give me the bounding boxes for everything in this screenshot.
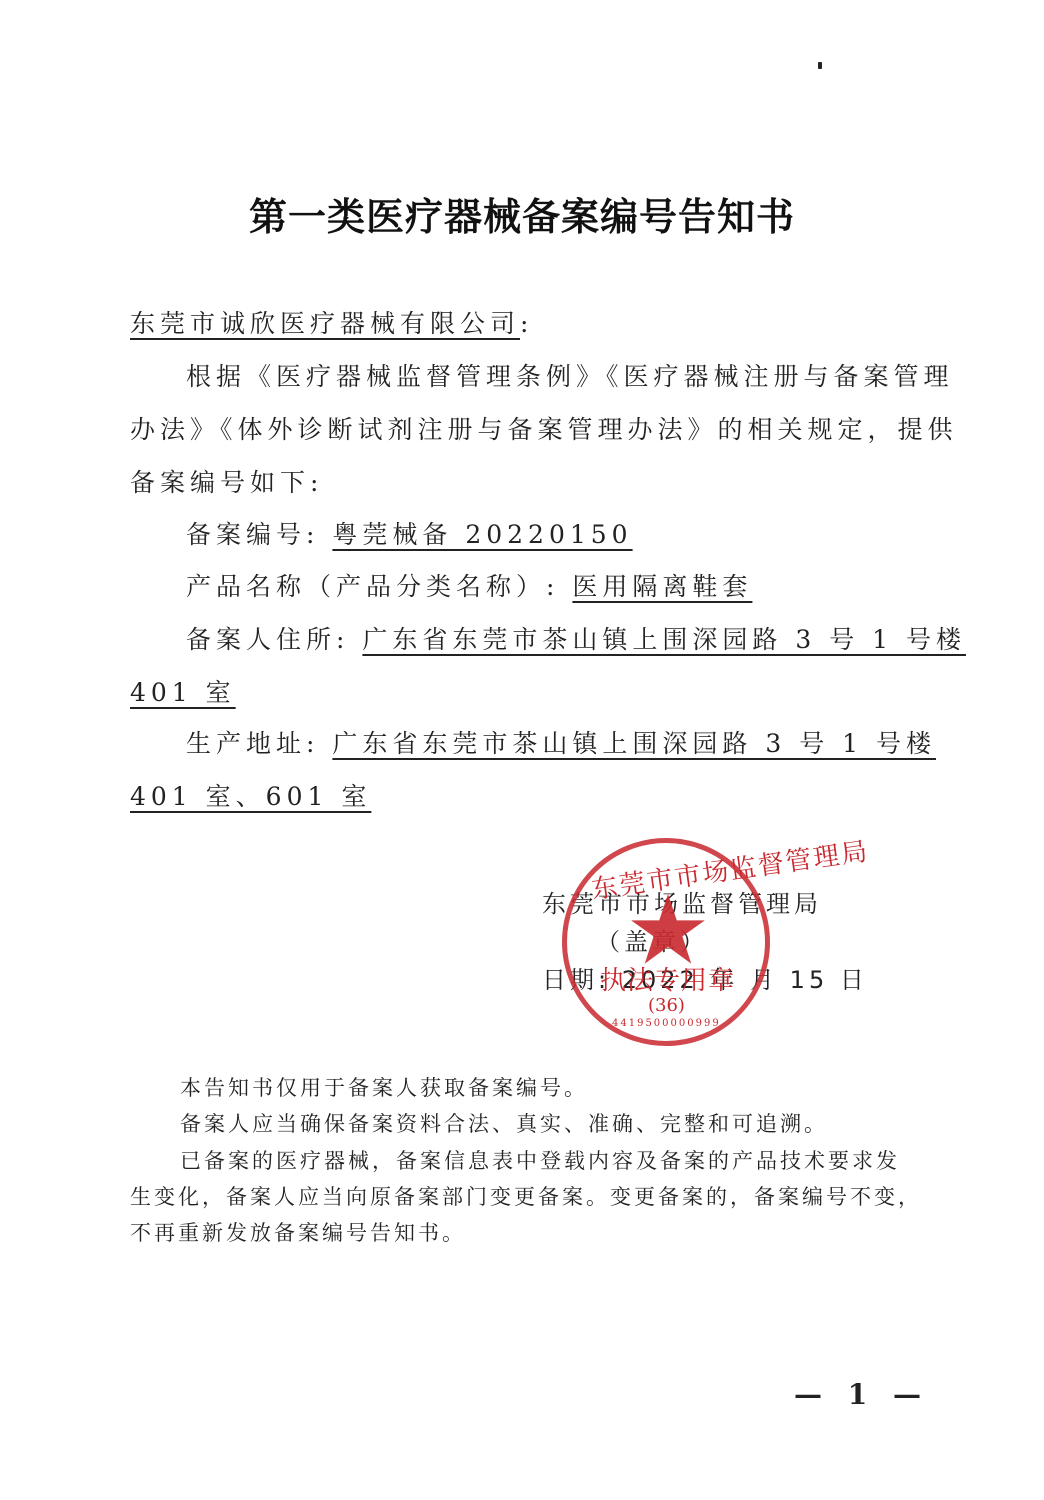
intro-line-1: 根据《医疗器械监督管理条例》《医疗器械注册与备案管理 [186,357,954,393]
registrant-address-label: 备案人住所: [186,625,349,654]
recipient-name: 东莞市诚欣医疗器械有限公司 [130,309,520,338]
seal-star-icon [628,890,708,970]
seal-center-text: 执法专用章 [600,960,735,997]
seal-number: (36) [648,995,685,1016]
production-address-cont: 401 室、601 室 [130,777,371,813]
production-address-label: 生产地址: [186,729,319,758]
document-title: 第一类医疗器械备案编号告知书 [0,186,1044,241]
production-address-value-2: 401 室、601 室 [130,782,371,811]
product-name-row: 产品名称（产品分类名称）: 医用隔离鞋套 [186,567,752,603]
record-number-value: 粤莞械备 20220150 [332,520,632,549]
scan-speck [818,62,822,69]
intro-line-2: 办法》《体外诊断试剂注册与备案管理办法》的相关规定，提供 [130,410,958,446]
record-number-label: 备案编号: [186,520,319,549]
intro-line-3: 备案编号如下: [130,463,323,499]
product-name-value: 医用隔离鞋套 [572,572,752,601]
record-number-row: 备案编号: 粤莞械备 20220150 [186,515,633,551]
page-number: — 1 — [794,1378,929,1411]
production-address-row: 生产地址: 广东省东莞市茶山镇上围深园路 3 号 1 号楼 [186,724,936,760]
registrant-address-value-1: 广东省东莞市茶山镇上围深园路 3 号 1 号楼 [362,625,966,654]
recipient-line: 东莞市诚欣医疗器械有限公司: [130,304,533,340]
note-2: 备案人应当确保备案资料合法、真实、准确、完整和可追溯。 [180,1108,828,1138]
note-3: 已备案的医疗器械，备案信息表中登载内容及备案的产品技术要求发 [180,1145,900,1175]
registrant-address-cont: 401 室 [130,673,236,709]
note-4: 生变化，备案人应当向原备案部门变更备案。变更备案的，备案编号不变， [130,1181,922,1211]
registrant-address-row: 备案人住所: 广东省东莞市茶山镇上围深园路 3 号 1 号楼 [186,620,966,656]
production-address-value-1: 广东省东莞市茶山镇上围深园路 3 号 1 号楼 [332,729,936,758]
note-5: 不再重新发放备案编号告知书。 [130,1217,466,1247]
product-name-label: 产品名称（产品分类名称）: [186,572,559,601]
note-1: 本告知书仅用于备案人获取备案编号。 [180,1072,588,1102]
seal-code: 4419500000999 [612,1018,721,1029]
registrant-address-value-2: 401 室 [130,678,236,707]
recipient-colon: : [520,309,533,338]
